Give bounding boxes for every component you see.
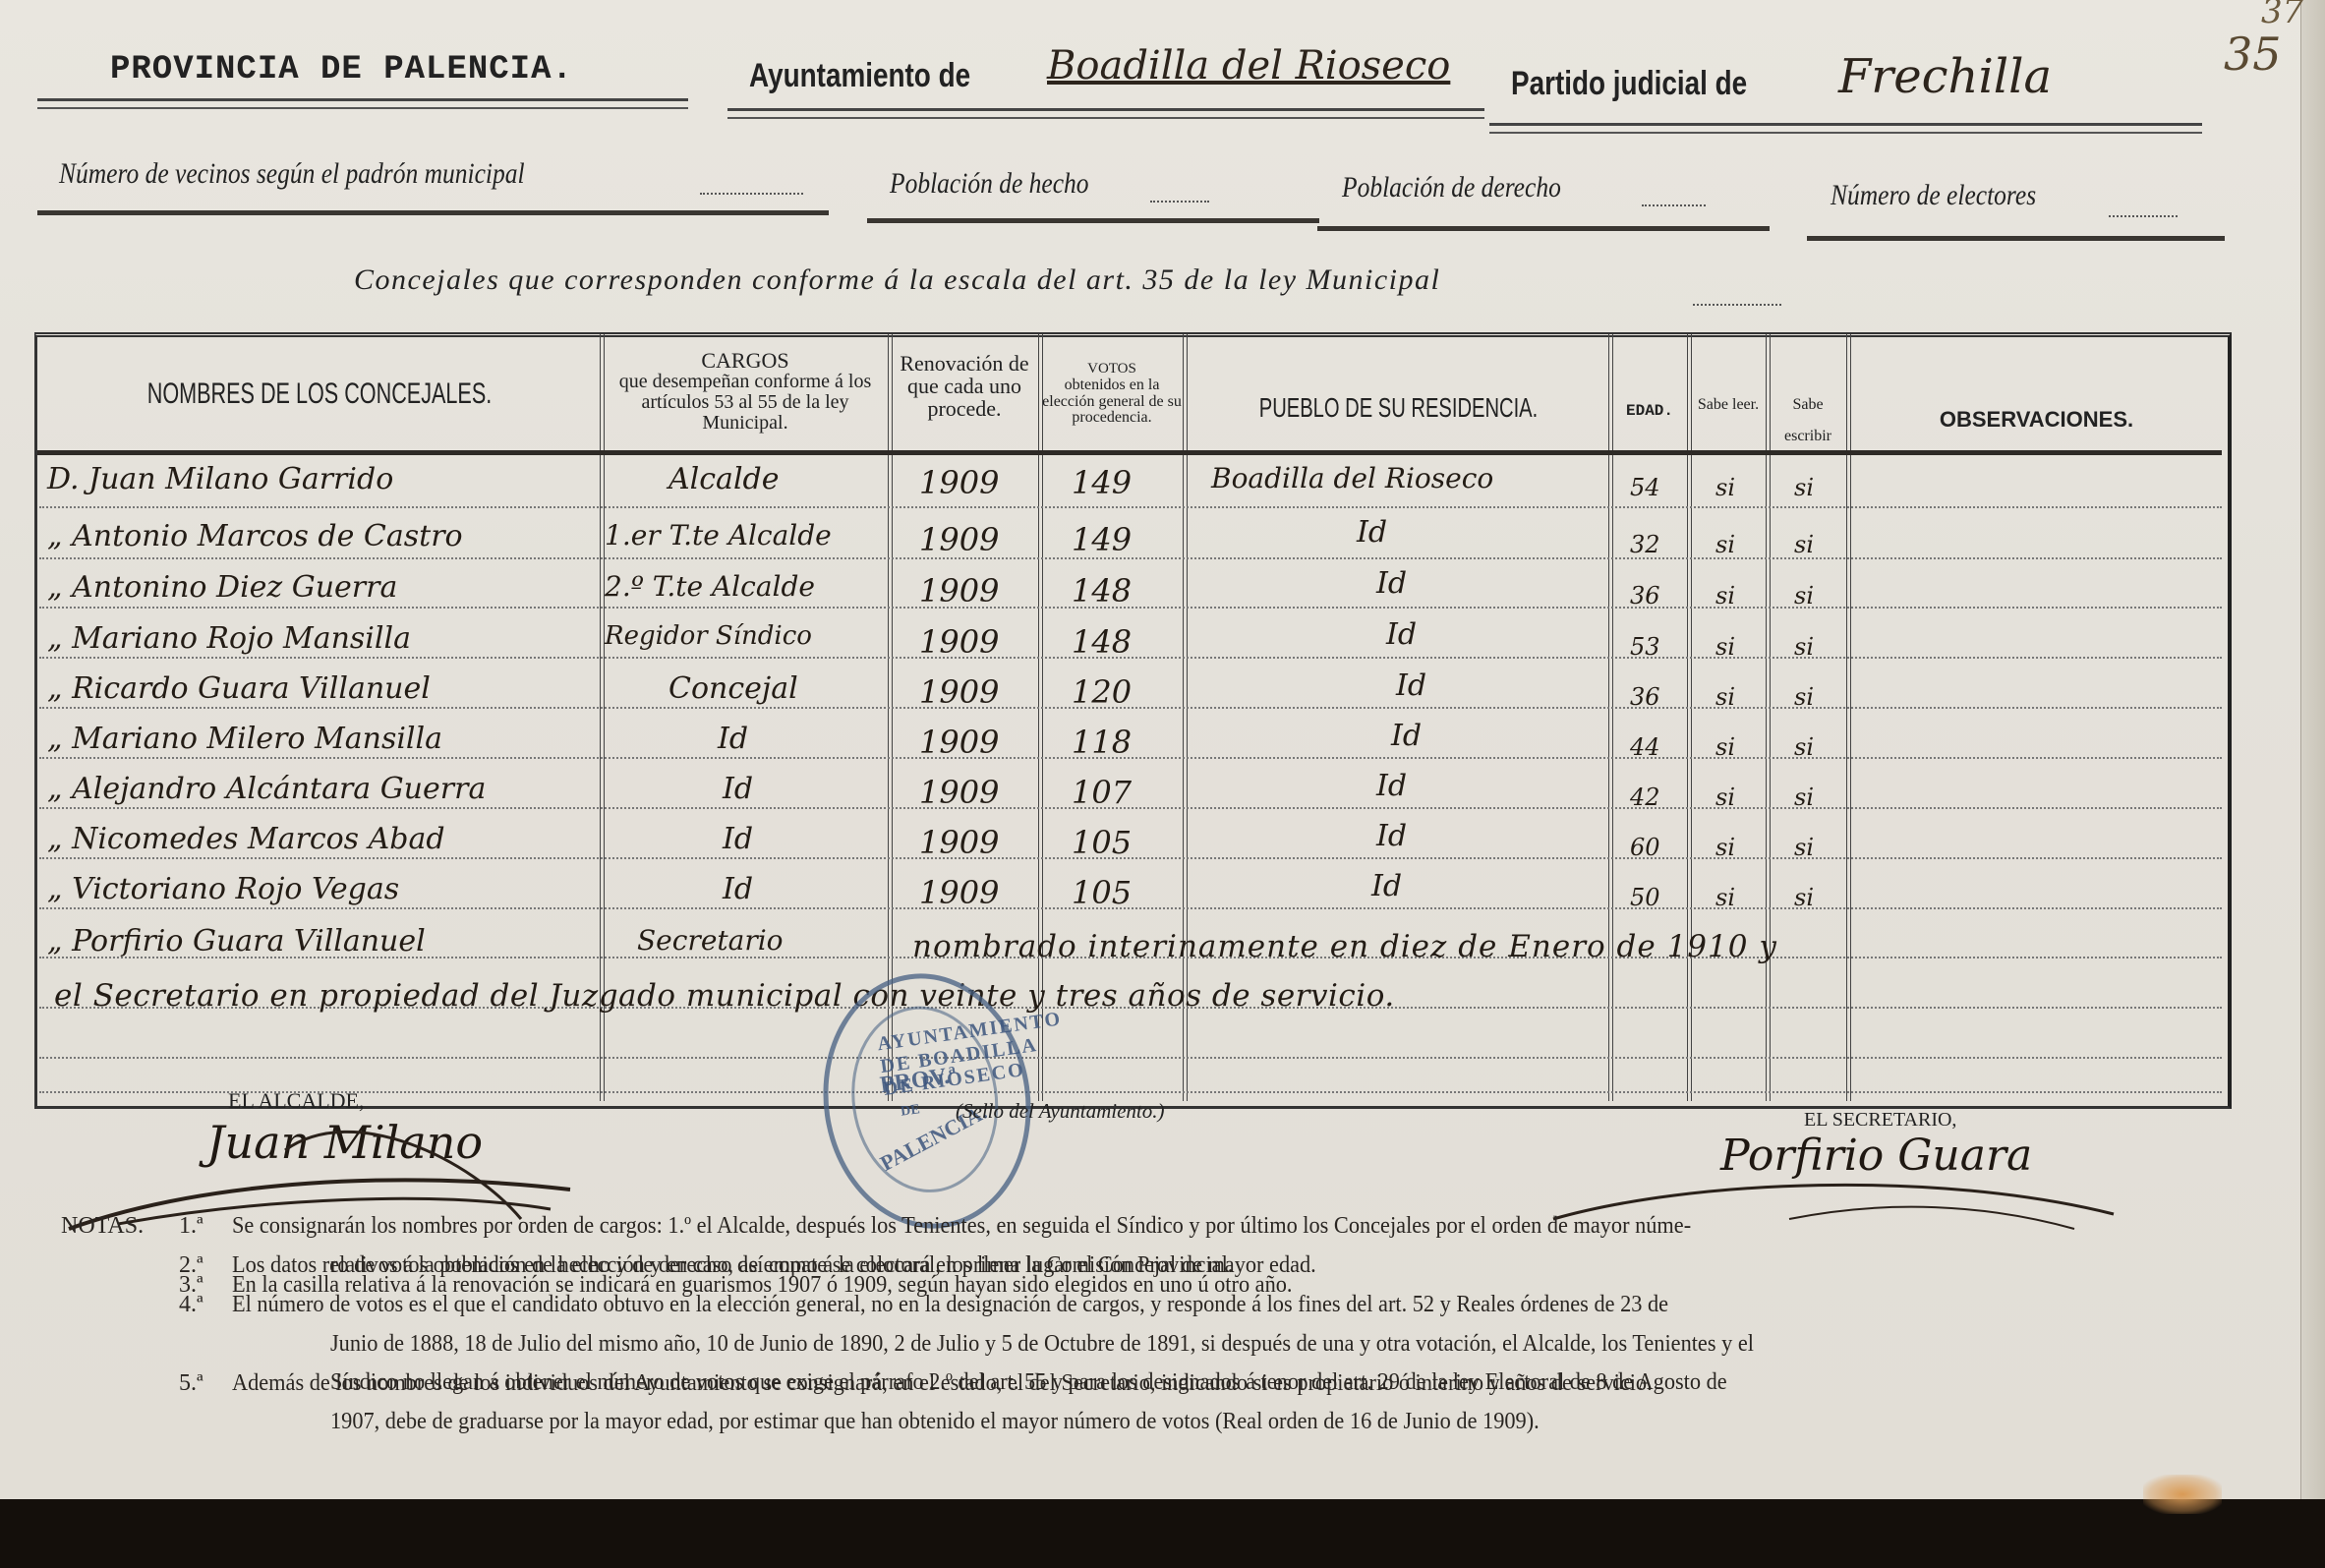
cell-votos[interactable]: 148 <box>1072 572 1132 610</box>
partido-label: Partido judicial de <box>1511 65 1747 103</box>
cell-nombre[interactable]: „ Mariano Milero Mansilla <box>47 722 442 756</box>
cell-pueblo[interactable]: Id <box>1376 819 1407 853</box>
vecinos-label: Número de vecinos según el padrón munici… <box>59 157 525 191</box>
secretario-label: EL SECRETARIO, <box>1804 1109 1956 1132</box>
cell-escribir[interactable]: si <box>1794 531 1814 558</box>
cell-cargo[interactable]: Id <box>723 822 753 856</box>
cell-leer[interactable]: si <box>1715 733 1735 761</box>
cell-escribir[interactable]: si <box>1794 784 1814 811</box>
cell-escribir[interactable]: si <box>1794 474 1814 501</box>
cell-votos[interactable]: 107 <box>1072 774 1132 811</box>
header-divider <box>37 450 2222 455</box>
note-text: El número de votos es el que el candidat… <box>232 1296 1668 1315</box>
partido-value[interactable]: Frechilla <box>1838 49 2052 104</box>
cell-nombre[interactable]: D. Juan Milano Garrido <box>47 462 393 496</box>
cell-escribir[interactable]: si <box>1794 834 1814 861</box>
cell-pueblo[interactable]: Id <box>1386 617 1417 652</box>
header-votos-sub: obtenidos en la elección general de su p… <box>1042 377 1182 427</box>
cell-escribir[interactable]: si <box>1794 683 1814 711</box>
cell-cargo[interactable]: Id <box>723 772 753 806</box>
cell-edad[interactable]: 54 <box>1630 474 1660 501</box>
cell-pueblo[interactable]: Id <box>1376 566 1407 601</box>
poblacion-hecho-label: Población de hecho <box>890 167 1089 201</box>
cell-escribir[interactable]: si <box>1794 733 1814 761</box>
header-pueblo: PUEBLO DE SU RESIDENCIA. <box>1249 393 1549 422</box>
cell-votos[interactable]: 118 <box>1072 724 1132 761</box>
note-text: 1907, debe de graduarse por la mayor eda… <box>330 1413 1767 1432</box>
header-sabe-leer: Sabe leer. <box>1693 389 1764 421</box>
cell-pueblo[interactable]: Id <box>1396 668 1426 703</box>
column-divider <box>1608 334 1613 1101</box>
cell-votos[interactable]: 149 <box>1072 464 1132 501</box>
cell-cargo[interactable]: Id <box>723 872 753 906</box>
header-cargos: CARGOS que desempeñan conforme á los art… <box>604 349 887 434</box>
cell-votos[interactable]: 105 <box>1072 874 1132 911</box>
note-4: 4.ª El número de votos es el que el cand… <box>179 1296 1723 1372</box>
header-renovacion: Renovación de que cada uno procede. <box>895 352 1034 420</box>
note-number: 1.ª <box>179 1217 203 1237</box>
cell-nombre[interactable]: „ Ricardo Guara Villanuel <box>47 671 431 706</box>
province-title: PROVINCIA DE PALENCIA. <box>110 51 573 88</box>
cell-escribir[interactable]: si <box>1794 633 1814 661</box>
cell-renovacion[interactable]: 1909 <box>919 874 999 911</box>
cell-nombre[interactable]: „ Nicomedes Marcos Abad <box>47 822 445 856</box>
row-rule <box>39 1091 2222 1093</box>
header-sabe-escribir: Sabe escribir <box>1772 389 1844 452</box>
column-divider <box>1846 334 1851 1101</box>
cell-pueblo[interactable]: Boadilla del Rioseco <box>1211 462 1493 494</box>
cell-renovacion[interactable]: 1909 <box>919 464 999 501</box>
header-votos-title: VOTOS <box>1042 362 1182 377</box>
cell-escribir[interactable]: si <box>1794 582 1814 610</box>
ayuntamiento-value[interactable]: Boadilla del Rioseco <box>1047 43 1450 88</box>
notes-label: NOTAS. <box>61 1217 144 1237</box>
secretario-nombre[interactable]: „ Porfirio Guara Villanuel <box>47 924 426 958</box>
cell-cargo[interactable]: Alcalde <box>668 462 780 496</box>
header-votos: VOTOS obtenidos en la elección general d… <box>1042 362 1182 427</box>
cell-pueblo[interactable]: Id <box>1357 515 1387 550</box>
cell-edad[interactable]: 53 <box>1630 633 1660 661</box>
cell-renovacion[interactable]: 1909 <box>919 521 999 558</box>
poblacion-hecho-field[interactable] <box>1150 200 1209 203</box>
cell-renovacion[interactable]: 1909 <box>919 572 999 610</box>
note-text: Junio de 1888, 18 de Julio del mismo año… <box>330 1335 1767 1355</box>
poblacion-derecho-field[interactable] <box>1642 203 1706 206</box>
row-rule <box>39 1057 2222 1059</box>
vecinos-field[interactable] <box>700 192 803 195</box>
cell-leer[interactable]: si <box>1715 474 1735 501</box>
cell-cargo[interactable]: Concejal <box>668 671 798 706</box>
header-nombres: NOMBRES DE LOS CONCEJALES. <box>118 378 521 410</box>
cell-votos[interactable]: 105 <box>1072 824 1132 861</box>
cell-escribir[interactable]: si <box>1794 884 1814 911</box>
cell-leer[interactable]: si <box>1715 884 1735 911</box>
secretario-note-line2[interactable]: el Secretario en propiedad del Juzgado m… <box>54 978 1395 1014</box>
header-observaciones: OBSERVACIONES. <box>1852 408 2221 431</box>
cell-nombre[interactable]: „ Victoriano Rojo Vegas <box>47 872 399 906</box>
cell-nombre[interactable]: „ Mariano Rojo Mansilla <box>47 621 411 656</box>
page-edge <box>2300 0 2325 1534</box>
note-5: 5.ª Además de los nombres de los individ… <box>179 1374 1706 1394</box>
cell-cargo[interactable]: 1.er T.te Alcalde <box>605 519 832 552</box>
cell-cargo[interactable]: Regidor Síndico <box>605 621 812 651</box>
poblacion-derecho-label: Población de derecho <box>1342 171 1561 204</box>
ayuntamiento-label: Ayuntamiento de <box>749 57 970 95</box>
alcalde-label: EL ALCALDE, <box>228 1088 365 1114</box>
cell-nombre[interactable]: „ Antonio Marcos de Castro <box>47 519 463 553</box>
cell-pueblo[interactable]: Id <box>1391 719 1422 753</box>
concejales-label: Concejales que corresponden conforme á l… <box>354 263 1440 297</box>
cell-nombre[interactable]: „ Antonino Diez Guerra <box>47 570 397 605</box>
column-divider <box>1687 334 1692 1101</box>
cell-leer[interactable]: si <box>1715 784 1735 811</box>
poblacion-hecho-rule <box>867 218 1319 223</box>
ayuntamiento-rule <box>727 108 1484 119</box>
scan-background <box>0 1499 2325 1568</box>
header-edad: EDAD. <box>1612 403 1687 420</box>
cell-edad[interactable]: 36 <box>1630 683 1660 711</box>
cell-pueblo[interactable]: Id <box>1376 769 1407 803</box>
paper-stain <box>2143 1475 2222 1514</box>
electores-field[interactable] <box>2109 214 2178 217</box>
partido-rule <box>1489 123 2202 134</box>
concejales-field[interactable] <box>1693 303 1781 306</box>
electores-rule <box>1807 236 2225 241</box>
cell-leer[interactable]: si <box>1715 531 1735 558</box>
vecinos-rule <box>37 210 829 215</box>
cell-edad[interactable]: 32 <box>1630 531 1660 558</box>
cell-pueblo[interactable]: Id <box>1371 869 1402 903</box>
cell-leer[interactable]: si <box>1715 834 1735 861</box>
cell-edad[interactable]: 50 <box>1630 884 1660 911</box>
cell-votos[interactable]: 148 <box>1072 623 1132 661</box>
sello-label: (Sello del Ayuntamiento.) <box>956 1099 1164 1124</box>
cell-votos[interactable]: 120 <box>1072 673 1132 711</box>
note-number: 4.ª <box>179 1296 203 1315</box>
note-1: 1.ª Se consignarán los nombres por orden… <box>179 1217 1748 1255</box>
cell-nombre[interactable]: „ Alejandro Alcántara Guerra <box>47 772 486 806</box>
cell-leer[interactable]: si <box>1715 582 1735 610</box>
electores-label: Número de electores <box>1831 179 2036 212</box>
row-rule <box>39 506 2222 508</box>
cell-renovacion[interactable]: 1909 <box>919 724 999 761</box>
cell-cargo[interactable]: 2.º T.te Alcalde <box>605 570 815 603</box>
cell-leer[interactable]: si <box>1715 633 1735 661</box>
cell-edad[interactable]: 60 <box>1630 834 1660 861</box>
cell-renovacion[interactable]: 1909 <box>919 673 999 711</box>
cell-votos[interactable]: 149 <box>1072 521 1132 558</box>
cell-edad[interactable]: 36 <box>1630 582 1660 610</box>
note-text: Se consignarán los nombres por orden de … <box>232 1217 1691 1237</box>
cell-renovacion[interactable]: 1909 <box>919 824 999 861</box>
cell-leer[interactable]: si <box>1715 683 1735 711</box>
header-cargos-sub: que desempeñan conforme á los artículos … <box>604 372 887 434</box>
secretario-cargo[interactable]: Secretario <box>637 924 784 957</box>
cell-renovacion[interactable]: 1909 <box>919 774 999 811</box>
note-text: Además de los nombres de los individuos … <box>232 1374 1653 1394</box>
column-divider <box>1766 334 1771 1101</box>
cell-edad[interactable]: 44 <box>1630 733 1660 761</box>
secretario-note-line1[interactable]: nombrado interinamente en diez de Enero … <box>912 929 1777 964</box>
header-cargos-title: CARGOS <box>604 349 887 372</box>
cell-renovacion[interactable]: 1909 <box>919 623 999 661</box>
cell-cargo[interactable]: Id <box>718 722 748 756</box>
page-number: 35 <box>2224 28 2282 81</box>
stamp-de: DE <box>900 1102 920 1121</box>
cell-edad[interactable]: 42 <box>1630 784 1660 811</box>
province-rule <box>37 98 688 109</box>
poblacion-derecho-rule <box>1317 226 1770 231</box>
note-number: 5.ª <box>179 1374 203 1394</box>
